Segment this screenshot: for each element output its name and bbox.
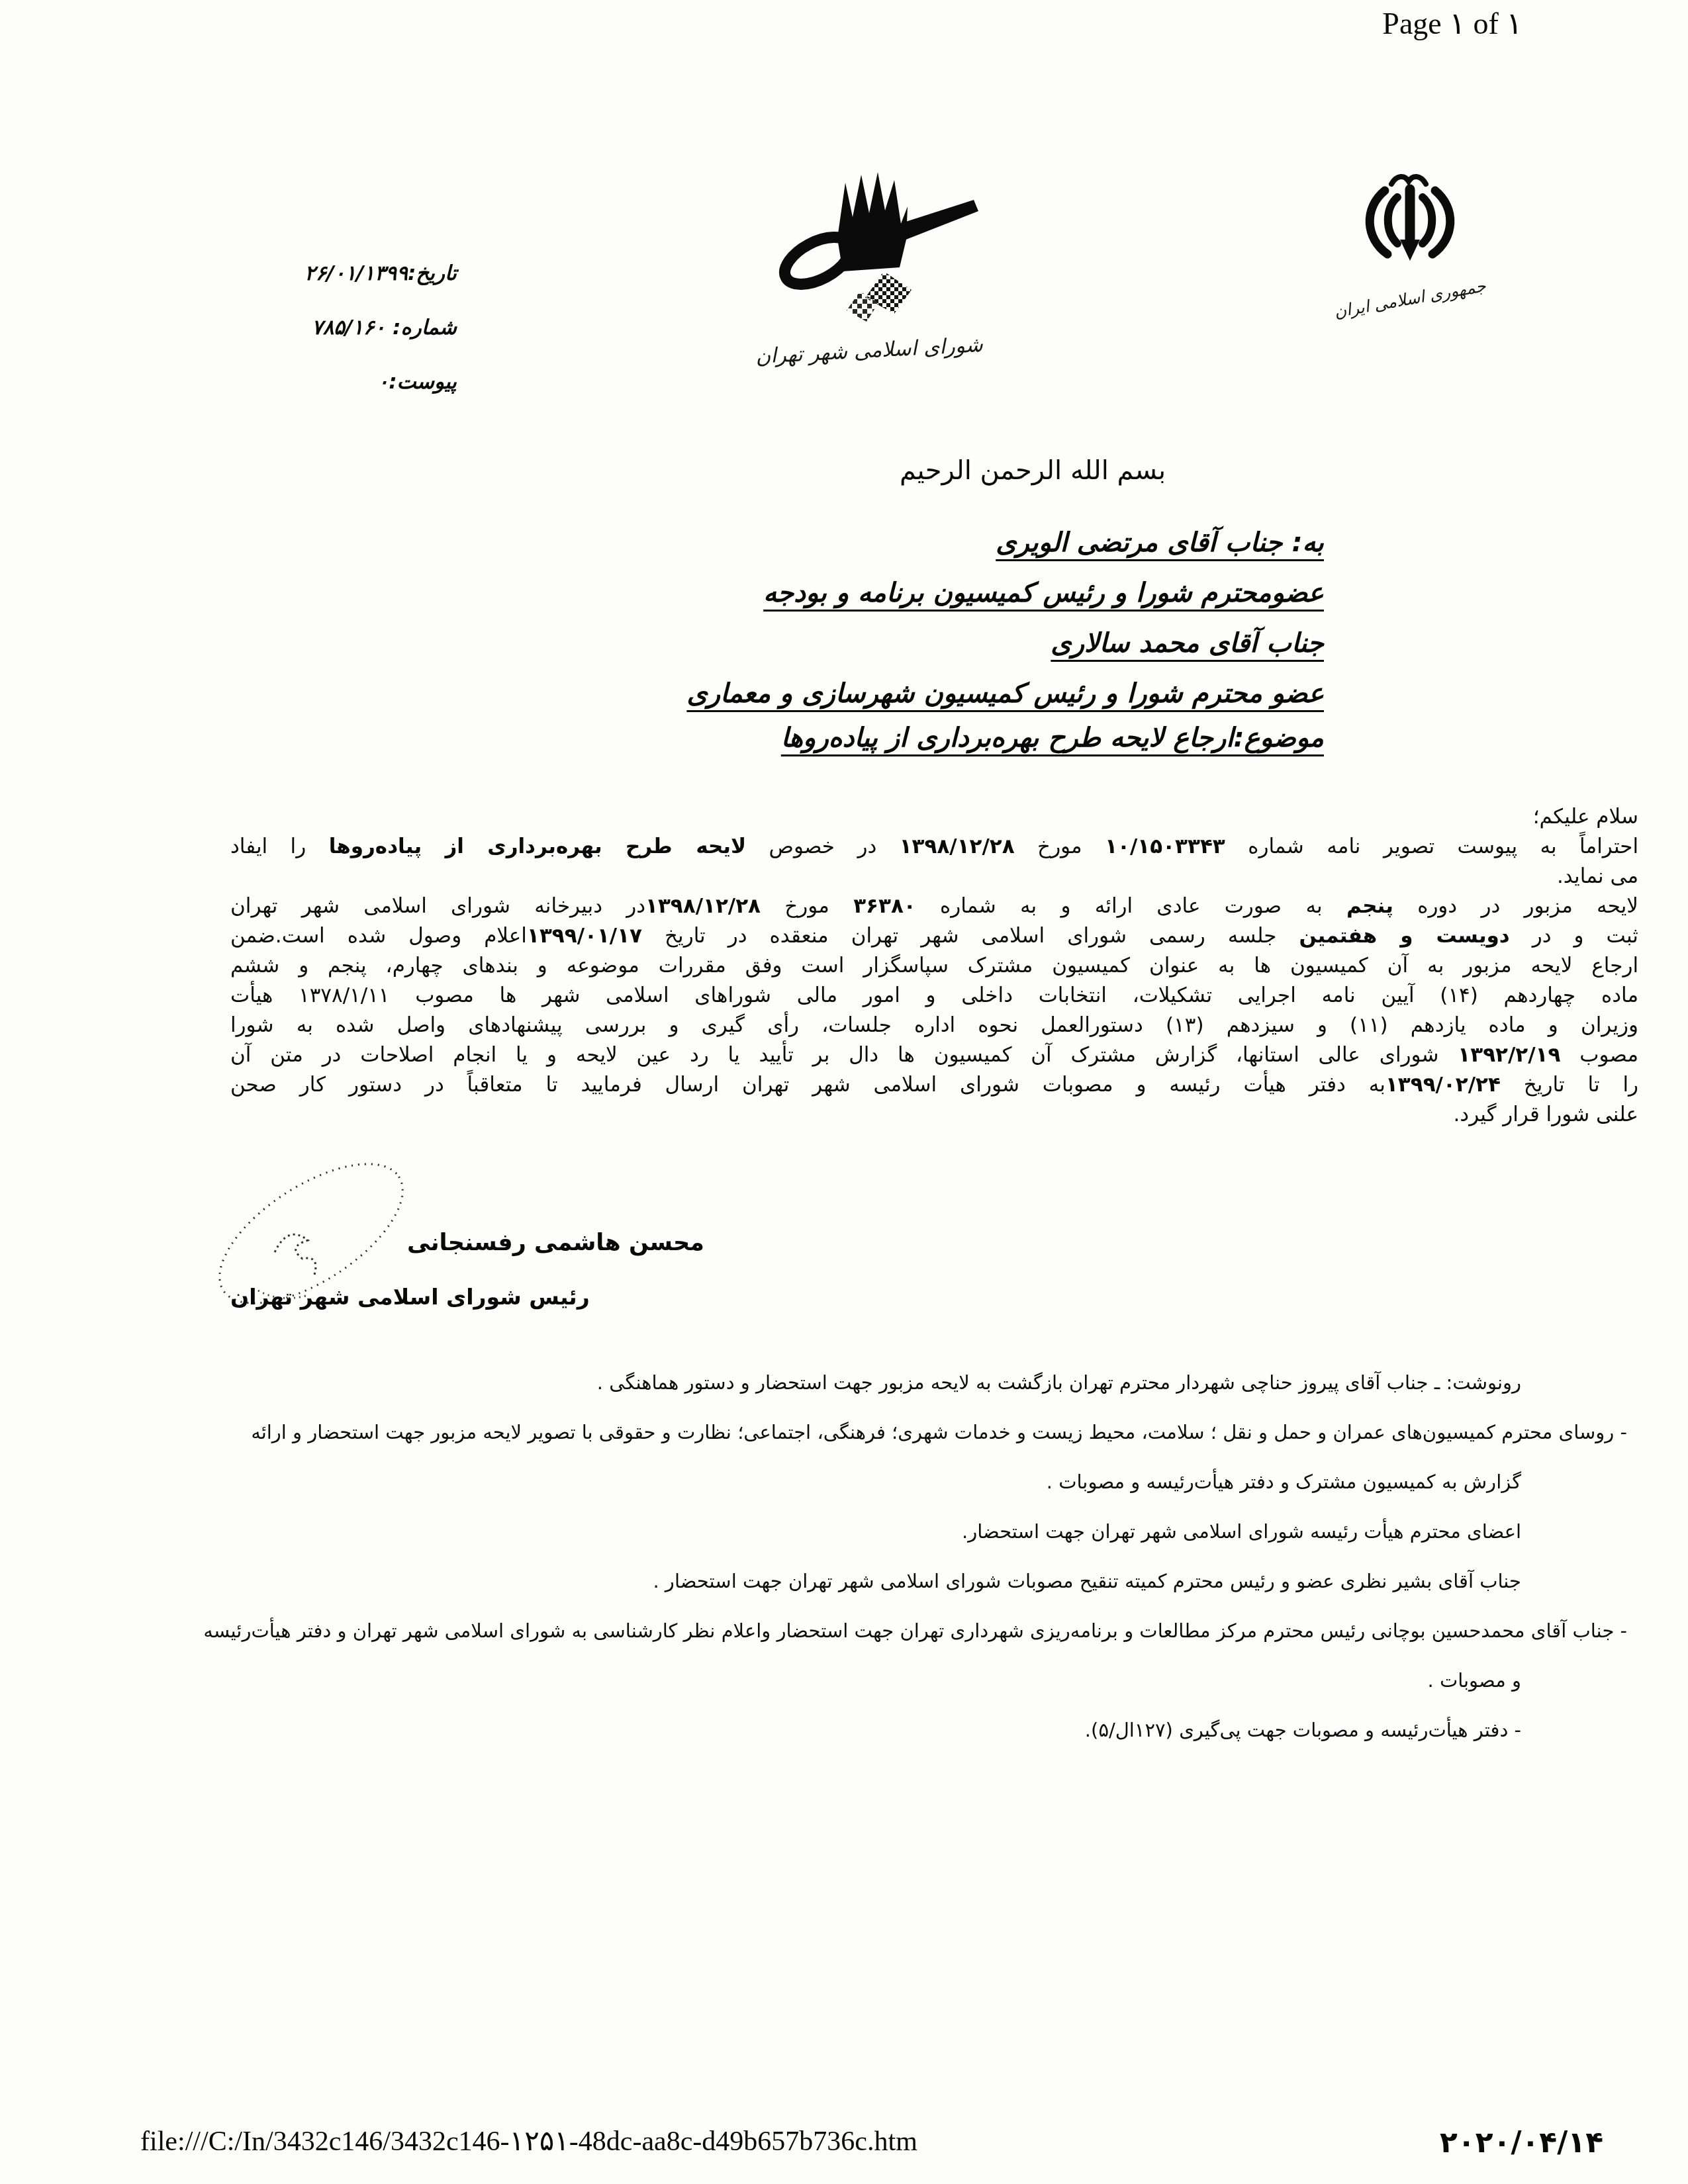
cc-item: - دفتر هیأت‌رئیسه و مصوبات جهت پی‌گیری (… bbox=[58, 1706, 1521, 1755]
iran-emblem-caption: جمهوری اسلامی ایران bbox=[1317, 273, 1503, 324]
cc-item: جناب آقای بشیر نظری عضو و رئیس محترم کمی… bbox=[58, 1557, 1521, 1606]
letter-date: تاریخ:۲۶/۰۱/۱۳۹۹ bbox=[179, 246, 457, 300]
recipient-block: به: جناب آقای مرتضی الویریعضومحترم شورا … bbox=[331, 518, 1324, 719]
bold-segment: ۱۳۹۲/۲/۱۹ bbox=[1458, 1043, 1560, 1067]
signer-title: رئیس شورای اسلامی شهر تهران bbox=[230, 1284, 590, 1310]
cc-item: و مصوبات . bbox=[58, 1656, 1521, 1706]
bold-segment: ۱۰/۱۵۰۳۳۴۳ bbox=[1105, 835, 1225, 858]
body-line: ثبت و در دویست و هفتمین جلسه رسمی شورای … bbox=[230, 921, 1638, 951]
bismillah: بسم الله الرحمن الرحیم bbox=[890, 455, 1175, 486]
text-segment: وزیران و ماده یازدهم (۱۱) و سیزدهم (۱۳) … bbox=[230, 1013, 1638, 1037]
text-segment: در دبیرخانه شورای اسلامی شهر تهران bbox=[230, 894, 645, 918]
signer-name: محسن هاشمی رفسنجانی bbox=[407, 1230, 704, 1256]
text-segment: سلام علیکم؛ bbox=[1533, 805, 1638, 829]
footer-file-path: file:///C:/In/3432c146/3432c146-۱۲۵۱-48d… bbox=[140, 2124, 917, 2158]
iran-emblem-icon bbox=[1350, 167, 1470, 273]
letter-attachment: پیوست:۰ bbox=[179, 355, 457, 409]
text-segment: ثبت و در bbox=[1510, 924, 1638, 948]
text-segment: مورخ bbox=[761, 894, 853, 918]
recipient-line: عضو محترم شورا و رئیس کمیسیون شهرسازی و … bbox=[331, 668, 1324, 719]
text-segment: در خصوص bbox=[746, 835, 900, 858]
recipient-line: عضومحترم شورا و رئیس کمیسیون برنامه و بو… bbox=[331, 568, 1324, 618]
bold-segment: دویست و هفتمین bbox=[1299, 924, 1510, 948]
cc-item: اعضای محترم هیأت رئیسه شورای اسلامی شهر … bbox=[58, 1507, 1521, 1557]
letterhead-meta: تاریخ:۲۶/۰۱/۱۳۹۹ شماره: ۷۸۵/۱۶۰ پیوست:۰ bbox=[179, 246, 457, 409]
recipient-line: جناب آقای محمد سالاری bbox=[331, 618, 1324, 668]
bold-segment: ۱۳۹۹/۰۱/۱۷ bbox=[527, 924, 642, 948]
body-line: ماده چهاردهم (۱۴) آیین نامه اجرایی تشکیل… bbox=[230, 981, 1638, 1011]
council-logo: شورای اسلامی شهر تهران bbox=[740, 160, 998, 363]
text-segment: مورخ bbox=[1015, 835, 1105, 858]
body-line: می نماید. bbox=[230, 862, 1638, 891]
letter-body: سلام علیکم؛احتراماً به پیوست تصویر نامه … bbox=[230, 802, 1638, 1130]
text-segment: لایحه مزبور در دوره bbox=[1393, 894, 1638, 918]
body-line: مصوب ۱۳۹۲/۲/۱۹ شورای عالی استانها، گزارش… bbox=[230, 1040, 1638, 1070]
cc-item: رونوشت: ـ جناب آقای پیروز حناچی شهردار م… bbox=[58, 1358, 1521, 1408]
cc-item: - جناب آقای محمدحسین بوچانی رئیس محترم م… bbox=[58, 1606, 1627, 1656]
recipient-line: به: جناب آقای مرتضی الویری bbox=[331, 518, 1324, 568]
body-line: سلام علیکم؛ bbox=[230, 802, 1638, 832]
text-segment: علنی شورا قرار گیرد. bbox=[1454, 1103, 1638, 1126]
bold-segment: ۳۶۳۸۰ bbox=[853, 894, 916, 918]
body-line: لایحه مزبور در دوره پنجم به صورت عادی ار… bbox=[230, 891, 1638, 921]
text-segment: را تا تاریخ bbox=[1501, 1073, 1638, 1097]
footer-date: ۲۰۲۰/۰۴/۱۴ bbox=[1440, 2126, 1603, 2160]
text-segment: احتراماً به پیوست تصویر نامه شماره bbox=[1225, 835, 1638, 858]
iran-emblem: جمهوری اسلامی ایران bbox=[1337, 167, 1483, 275]
bold-segment: پنجم bbox=[1346, 894, 1393, 918]
text-segment: به دفتر هیأت رئیسه و مصوبات شورای اسلامی… bbox=[230, 1073, 1385, 1097]
text-segment: را ایفاد bbox=[230, 835, 329, 858]
text-segment: اعلام وصول شده است.ضمن bbox=[230, 924, 527, 948]
text-segment: به صورت عادی ارائه و به شماره bbox=[916, 894, 1346, 918]
subject-line: موضوع:ارجاع لایحه طرح بهره‌برداری از پیا… bbox=[331, 723, 1324, 753]
text-segment: ماده چهاردهم (۱۴) آیین نامه اجرایی تشکیل… bbox=[230, 983, 1638, 1007]
body-line: احتراماً به پیوست تصویر نامه شماره ۱۰/۱۵… bbox=[230, 832, 1638, 862]
bold-segment: ۱۳۹۸/۱۲/۲۸ bbox=[900, 835, 1015, 858]
council-logo-caption: شورای اسلامی شهر تهران bbox=[739, 332, 998, 369]
text-segment: می نماید. bbox=[1557, 864, 1638, 888]
text-segment: ارجاع لایحه مزبور به آن کمیسیون ها به عن… bbox=[230, 954, 1638, 978]
body-line: علنی شورا قرار گیرد. bbox=[230, 1100, 1638, 1130]
cc-item: گزارش به کمیسیون مشترک و دفتر هیأت‌رئیسه… bbox=[58, 1457, 1521, 1507]
bold-segment: لایحه طرح بهره‌برداری از پیاده‌روها bbox=[329, 835, 746, 858]
council-logo-icon bbox=[743, 160, 995, 332]
bold-segment: ۱۳۹۹/۰۲/۲۴ bbox=[1385, 1073, 1501, 1097]
cc-item: - روسای محترم کمیسیون‌های عمران و حمل و … bbox=[58, 1408, 1627, 1457]
letter-number: شماره: ۷۸۵/۱۶۰ bbox=[179, 300, 457, 355]
body-line: وزیران و ماده یازدهم (۱۱) و سیزدهم (۱۳) … bbox=[230, 1011, 1638, 1040]
text-segment: شورای عالی استانها، گزارش مشترک آن کمیسی… bbox=[230, 1043, 1458, 1067]
text-segment: مصوب bbox=[1560, 1043, 1638, 1067]
page-number-label: Page ۱ of ۱ bbox=[1382, 5, 1523, 41]
scanned-letter-page: Page ۱ of ۱ تاریخ:۲۶/۰۱/۱۳۹۹ شماره: ۷۸۵/… bbox=[0, 0, 1688, 2184]
body-line: ارجاع لایحه مزبور به آن کمیسیون ها به عن… bbox=[230, 951, 1638, 981]
text-segment: جلسه رسمی شورای اسلامی شهر تهران منعقده … bbox=[642, 924, 1299, 948]
body-line: را تا تاریخ ۱۳۹۹/۰۲/۲۴به دفتر هیأت رئیسه… bbox=[230, 1070, 1638, 1100]
bold-segment: ۱۳۹۸/۱۲/۲۸ bbox=[645, 894, 761, 918]
cc-list: رونوشت: ـ جناب آقای پیروز حناچی شهردار م… bbox=[58, 1358, 1627, 1755]
